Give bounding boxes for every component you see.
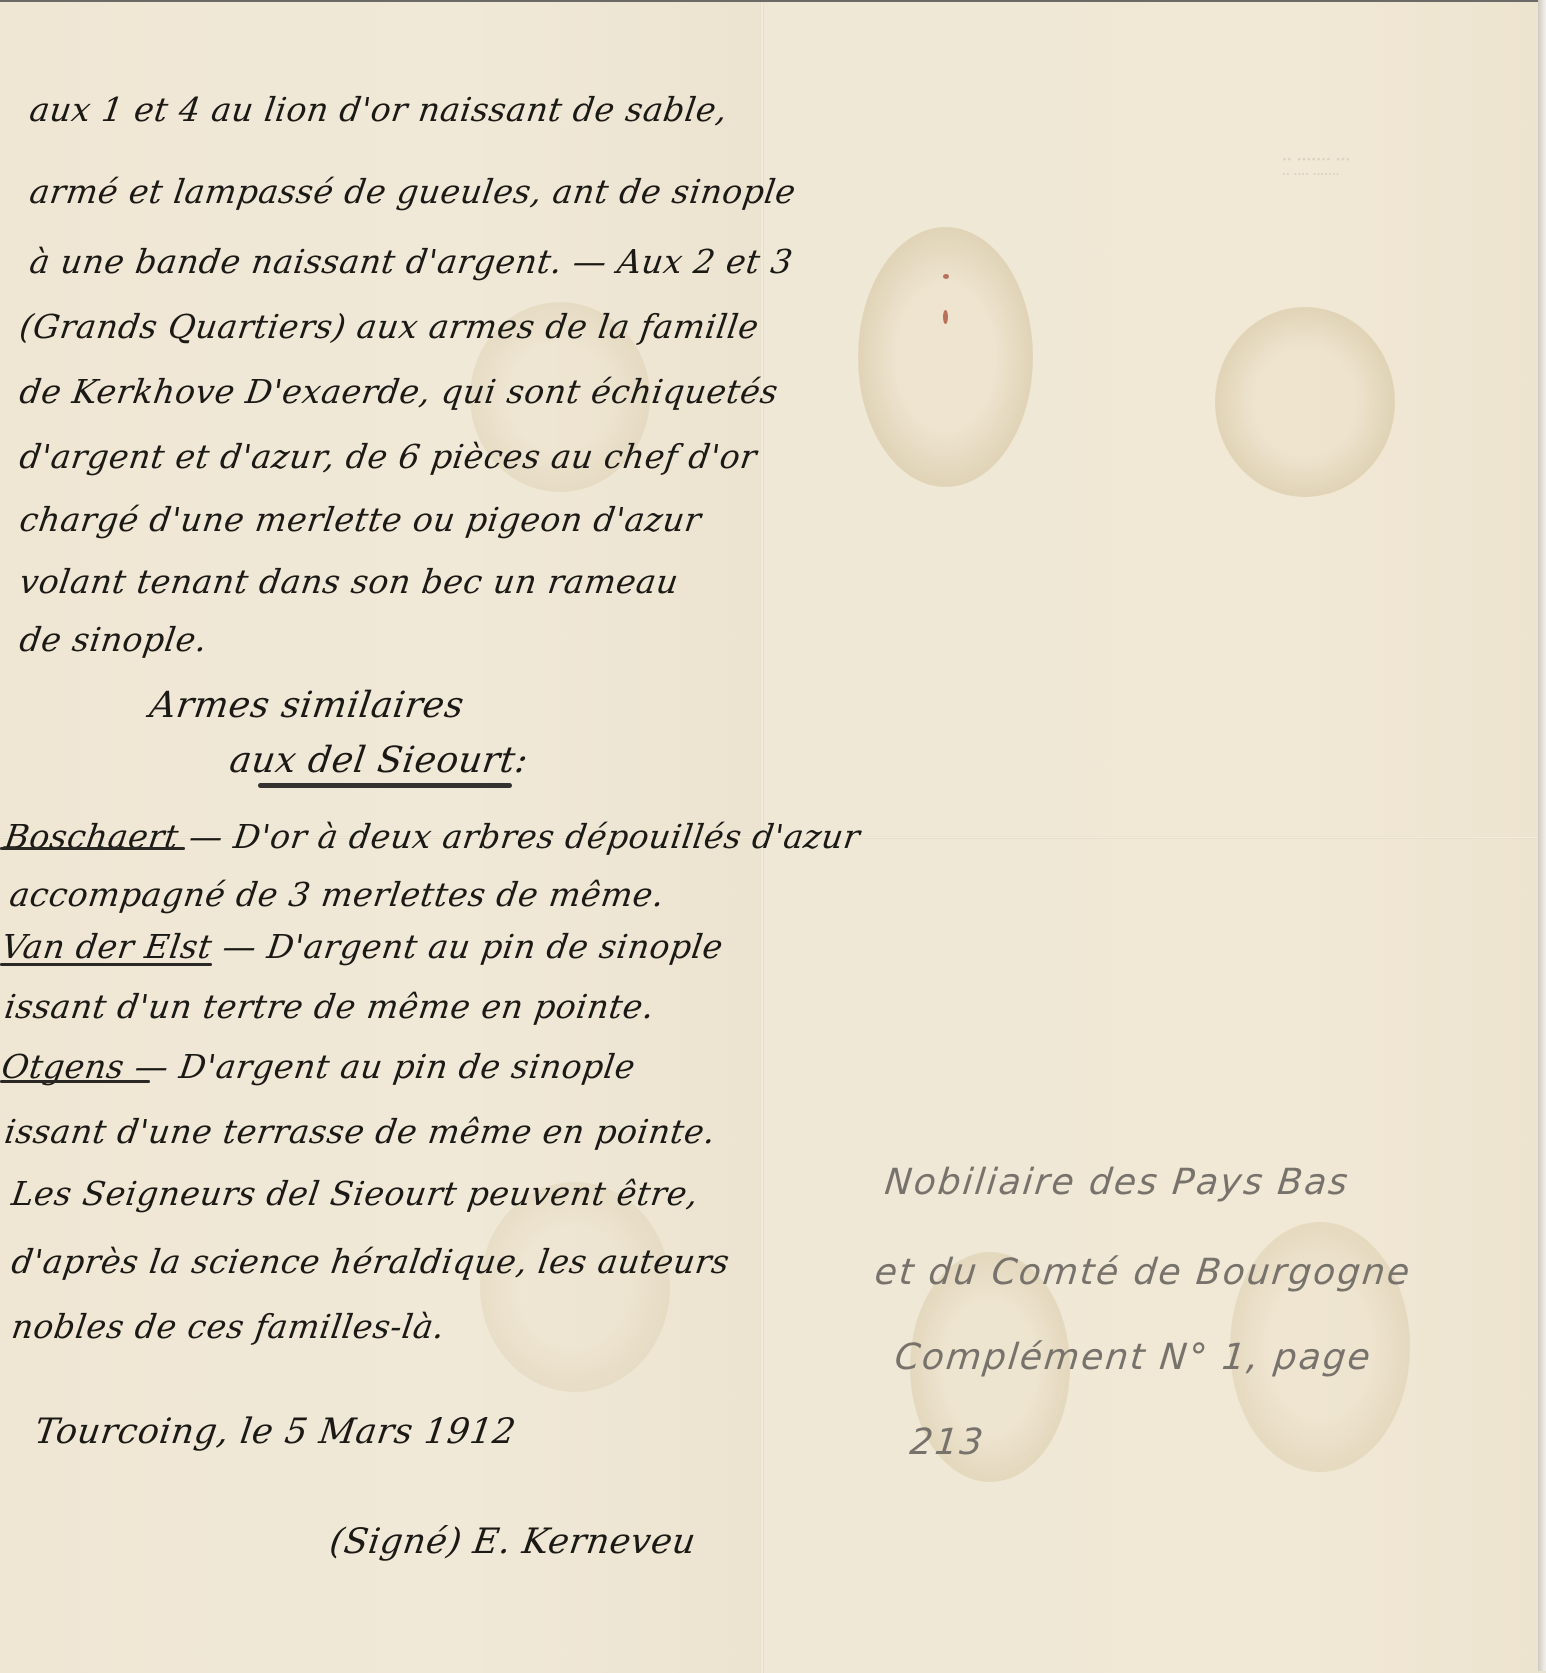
arms-entry-boschaert: Boschaert — D'or à deux arbres dépouillé… (2, 817, 862, 856)
text-line: à une bande naissant d'argent. — Aux 2 e… (27, 242, 795, 281)
text-line: chargé d'une merlette ou pigeon d'azur (17, 500, 704, 539)
text-line: volant tenant dans son bec un rameau (17, 562, 681, 601)
red-ink-mark (943, 310, 948, 324)
section-heading: Armes similaires (147, 685, 466, 726)
pencil-note-line: 213 (908, 1422, 987, 1463)
text-line: d'argent et d'azur, de 6 pièces au chef … (17, 437, 759, 476)
family-name: Van der Elst (0, 927, 215, 966)
water-stain (480, 1182, 670, 1392)
text-line: nobles de ces familles-là. (9, 1307, 447, 1346)
show-through-print: ·· ···· ······· (1282, 168, 1339, 181)
text-line: armé et lampassé de gueules, ant de sino… (27, 172, 798, 211)
name-underline (0, 1080, 150, 1083)
signature: (Signé) E. Kerneveu (327, 1522, 698, 1562)
pencil-note-line: Nobiliaire des Pays Bas (883, 1162, 1352, 1203)
text-line: aux 1 et 4 au lion d'or naissant de sabl… (27, 90, 730, 129)
water-stain (1215, 307, 1395, 497)
text-line: d'après la science héraldique, les auteu… (9, 1242, 732, 1281)
name-underline (0, 963, 212, 966)
arms-description: D'or à deux arbres dépouillés d'azur (231, 817, 862, 856)
name-underline (0, 847, 185, 850)
heading-rule (258, 783, 512, 788)
water-stain (858, 227, 1033, 487)
document-sheet: ·· ······· ··· ·· ···· ······· aux 1 et … (0, 0, 1538, 1671)
text-line: de Kerkhove D'exaerde, qui sont échiquet… (17, 372, 780, 411)
text-line: issant d'un tertre de même en pointe. (2, 987, 657, 1026)
show-through-print: ·· ······· ··· (1282, 152, 1350, 168)
family-name: Boschaert (2, 817, 181, 856)
text-line: Les Seigneurs del Sieourt peuvent être, (9, 1174, 701, 1213)
text-line: accompagné de 3 merlettes de même. (7, 875, 667, 914)
section-heading: aux del Sieourt: (227, 740, 531, 781)
text-line: de sinople. (17, 620, 209, 659)
scan-edge (1538, 0, 1546, 1671)
text-line: (Grands Quartiers) aux armes de la famil… (17, 307, 761, 346)
arms-entry-van-der-elst: Van der Elst — D'argent au pin de sinopl… (0, 927, 726, 966)
arms-description: D'argent au pin de sinople (177, 1047, 638, 1086)
place-date: Tourcoing, le 5 Mars 1912 (32, 1412, 518, 1452)
pencil-note-line: Complément N° 1, page (893, 1337, 1374, 1378)
pencil-note-line: et du Comté de Bourgogne (873, 1252, 1414, 1293)
text-line: issant d'une terrasse de même en pointe. (2, 1112, 718, 1151)
arms-description: D'argent au pin de sinople (265, 927, 726, 966)
red-ink-mark (943, 274, 949, 279)
